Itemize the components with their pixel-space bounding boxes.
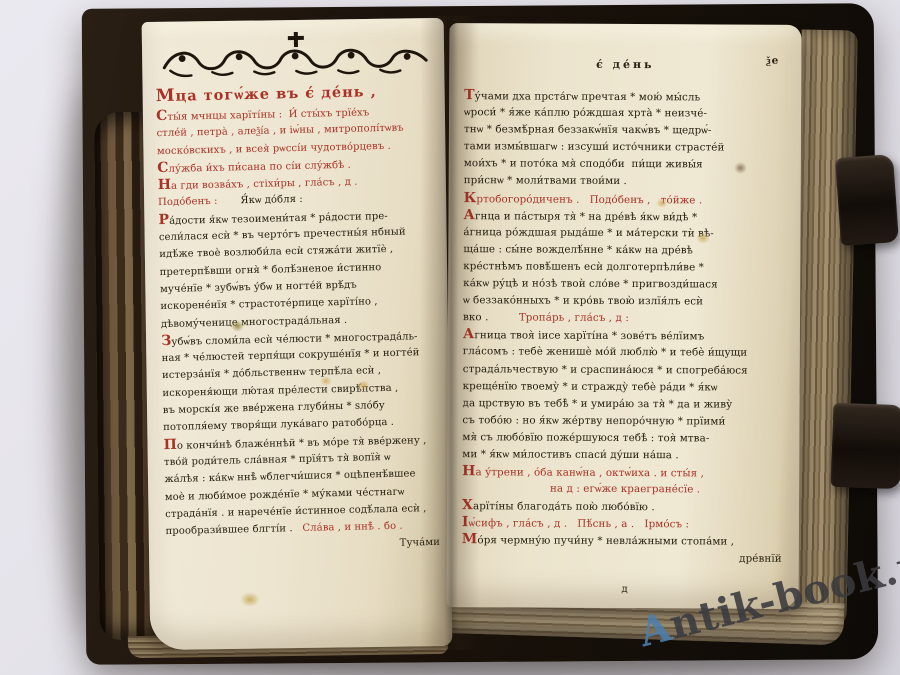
right-page-text: Ту́чами дха прста́гѡ пречтая * мою́ мы́с…: [462, 87, 791, 598]
text-line: гла́сомъ : тебѐ женишѐ мо́й люблю̀ * и т…: [463, 344, 789, 363]
text-line: Харїті́ны благода́ть пою̀ любо́вїю .: [462, 497, 788, 516]
text-line: тами измы́вшагѡ : изсуши́ исто́чники стр…: [464, 138, 790, 157]
clasp-strap-bottom: [831, 403, 900, 489]
text-line: На у́трени , о́ба канѡ́на , октѡ́иха . и…: [462, 463, 788, 482]
text-line: ми * я́кѡ ми́лостивъ спаси́ ду́ши на́ша …: [462, 446, 788, 465]
left-page-text: Мца тогѡ́же въ є́ де́нь ,Сты́я мчнцы хар…: [155, 79, 446, 558]
text-line: на д : егѡ́же краегране́сїе .: [462, 480, 788, 499]
text-line: при́снѡ * моли́твами твои́ми .: [464, 173, 790, 192]
text-line: да црствую въ тебѣ̀ * и умира́ю за тя̀ *…: [462, 395, 788, 414]
text-line: ща́ше : сы́не вожделѣ́нне * ка́кѡ на дре…: [463, 241, 789, 260]
text-line: креще́нїю твоему̀ * и стражду̀ тебѐ ра́д…: [463, 378, 789, 397]
clasp-strap-top: [835, 154, 899, 246]
text-line: Кртобогоро́диченъ . Подо́бенъ , то́йже .: [464, 190, 790, 209]
text-line: тнѡ * безмѣ́рная беззакѡ́нїя чакѡ́въ * щ…: [464, 121, 790, 140]
text-line: Ту́чами дха прста́гѡ пречтая * мою́ мы́с…: [464, 87, 790, 106]
text-line: кре́стнѣмъ повѣ́шенъ есѝ долготерпѣли́ве…: [463, 258, 789, 277]
text-line: мя̀ съ любо́вїю поже́ршуюся тебѣ̀ : тоя̀…: [462, 429, 788, 448]
text-line: съ тобо́ю : но я́кѡ же́ртву непоро́чную …: [462, 412, 788, 431]
text-line: вко . Тропа́рь , гла́съ , д :: [463, 309, 789, 328]
folio-number: ѯе: [766, 55, 779, 67]
text-line: дре́внїй: [462, 549, 788, 568]
text-line: Іѡ́сифъ , гла́съ , д . Пѣ́снь , а . Ірмо…: [462, 514, 788, 533]
text-line: Агнца и па́стыря тя̀ * на дре́вѣ я́кѡ ви…: [463, 207, 789, 226]
text-line: Мо́ря чермну́ю пучи́ну * невла́жными сто…: [462, 532, 788, 551]
left-page: Мца тогѡ́же въ є́ де́нь ,Сты́я мчнцы хар…: [142, 18, 453, 650]
text-line: а́гница ро́ждшая рыда́ше * и ма́терски т…: [463, 224, 789, 243]
text-line: ка́кѡ ру́цѣ и но́зѣ твоѝ сло́ве * пригво…: [463, 275, 789, 294]
text-line: Агница твоя̀ іисе харїті́на * зове́тъ ве…: [463, 326, 789, 345]
page-header: є́ де́нь: [449, 57, 801, 72]
text-line: ѡ беззако́нныхъ * и кро́вь твою̀ излїя́л…: [463, 292, 789, 311]
text-line: ѡроси́ * я́же ка́плю ро́ждшая хрта̀ * не…: [464, 104, 790, 123]
text-line: страда́льчествую * и сраспина́юся * и сп…: [463, 361, 789, 380]
text-line: мои́хъ * и пото́ка мя̀ сподо́би пи́щи жи…: [464, 156, 790, 175]
headpiece-ornament: [160, 30, 433, 80]
book-photo: Мца тогѡ́же въ є́ де́нь ,Сты́я мчнцы хар…: [0, 0, 900, 675]
right-page: є́ де́нь ѯе Ту́чами дха прста́гѡ пречтая…: [446, 23, 801, 609]
